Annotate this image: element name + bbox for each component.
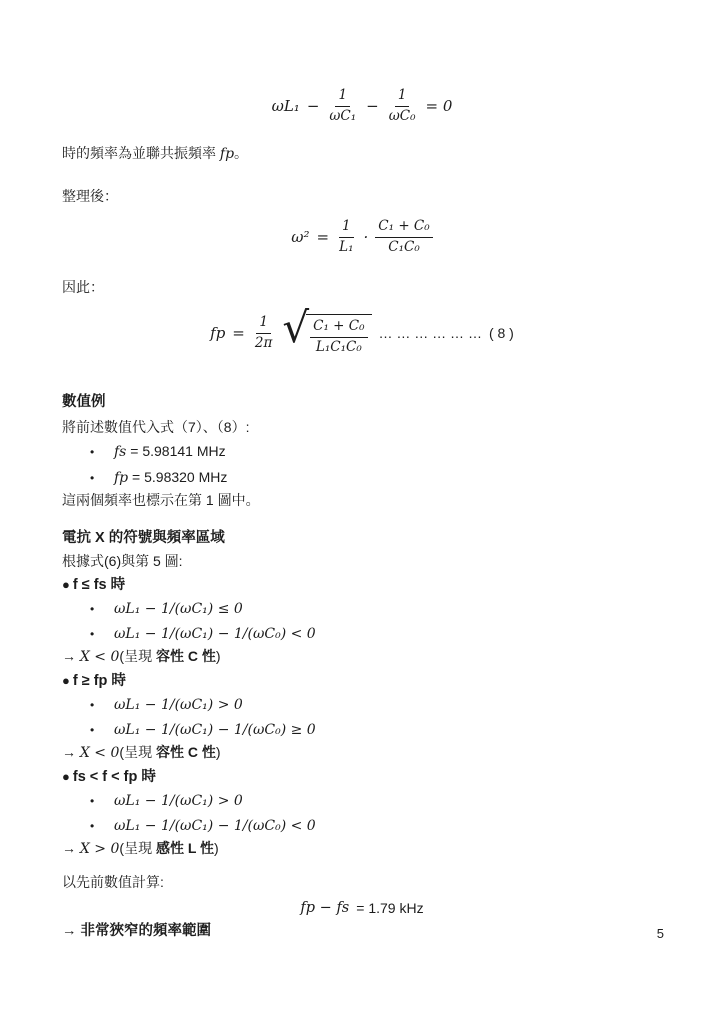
eq-rhs: = 0: [425, 97, 452, 115]
case1-item2: •ωL₁ − 1/(ωC₁) − 1/(ωC₀) < 0: [62, 623, 662, 646]
sentence-period: 。: [234, 145, 248, 161]
case3-item1: •ωL₁ − 1/(ωC₁) > 0: [62, 790, 662, 813]
bullet-icon: •: [90, 694, 114, 717]
equation-fp: fp = 12π √C₁ + C₀L₁C₁C₀ … … … … … … ( 8 …: [62, 302, 662, 364]
equation-number: ( 8 ): [489, 325, 514, 341]
fp-symbol: fp: [114, 467, 128, 490]
math-expression: ωL₁ − 1/(ωC₁) ≤ 0: [114, 598, 243, 621]
case2-conclusion: → X < 0(呈現 容性 C 性): [62, 742, 662, 764]
bullet-icon: •: [90, 598, 114, 621]
fraction-denominator: 2π: [252, 334, 275, 353]
fraction-numerator: 1: [256, 314, 271, 334]
eq-operator: −: [366, 97, 379, 115]
conclusion-close: ): [216, 648, 221, 664]
math-expression: ωL₁ − 1/(ωC₁) > 0: [114, 790, 243, 813]
list-item-fs: • fs = 5.98141 MHz: [62, 440, 662, 464]
case3-item2: •ωL₁ − 1/(ωC₁) − 1/(ωC₀) < 0: [62, 815, 662, 838]
bullet-icon: •: [90, 815, 114, 838]
fraction-numerator: C₁ + C₀: [375, 218, 432, 238]
conclusion-emphasis: 容性 C 性: [156, 648, 216, 664]
numeric-example-intro: 將前述數值代入式（7）、（8）:: [62, 417, 662, 438]
page-number: 5: [657, 926, 664, 941]
fraction: C₁ + C₀C₁C₀: [375, 218, 432, 256]
case1-item1: •ωL₁ − 1/(ωC₁) ≤ 0: [62, 598, 662, 621]
case2-item1: •ωL₁ − 1/(ωC₁) > 0: [62, 694, 662, 717]
eq-term: ωL₁: [272, 97, 300, 115]
reactance-section-heading: 電抗 X 的符號與頻率區域: [62, 527, 662, 549]
arrow-icon: →: [62, 840, 76, 856]
fraction: 1L₁: [336, 218, 356, 256]
fraction: 1ωC₁: [326, 87, 359, 125]
fraction-numerator: 1: [335, 87, 350, 107]
calc-with-previous-values: 以先前數值計算:: [62, 872, 662, 893]
document-page: ωL₁ − 1ωC₁ − 1ωC₀ = 0 時的頻率為並聯共振頻率 fp。 整理…: [0, 0, 724, 1024]
equation-omega-squared: ω² = 1L₁ · C₁ + C₀C₁C₀: [62, 213, 662, 261]
conclusion-math: X < 0: [80, 649, 120, 665]
equation-dots: … … … … … …: [379, 325, 482, 341]
conclusion-math: X > 0: [80, 841, 120, 857]
therefore-label: 因此：: [62, 277, 662, 298]
fraction-denominator: ωC₁: [326, 107, 359, 126]
conclusion-open: (呈現: [119, 648, 156, 664]
conclusion-math: X < 0: [80, 745, 120, 761]
arrow-icon: →: [62, 744, 76, 760]
eq-lhs: fp − fs: [300, 900, 349, 916]
eq-rhs: = 1.79 kHz: [356, 898, 423, 919]
conclusion-close: ): [214, 840, 219, 856]
bullet-icon: •: [90, 441, 114, 464]
case-title-text: fs < f < fp 時: [73, 769, 156, 785]
eq-term: ω²: [291, 228, 309, 246]
bullet-icon: •: [90, 719, 114, 742]
conclusion-emphasis: 容性 C 性: [156, 744, 216, 760]
conclusion-open: (呈現: [119, 744, 156, 760]
fraction: 12π: [252, 314, 275, 352]
fs-value: = 5.98141 MHz: [130, 440, 225, 463]
bullet-icon: •: [90, 467, 114, 490]
parallel-resonance-sentence: 時的頻率為並聯共振頻率 fp。: [62, 143, 662, 165]
case-title-text: f ≤ fs 時: [73, 577, 125, 593]
fraction: 1ωC₀: [386, 87, 419, 125]
reactance-intro: 根據式(6)與第 5 圖:: [62, 551, 662, 572]
fraction-numerator: C₁ + C₀: [310, 318, 367, 338]
eq-equals: =: [232, 324, 245, 342]
fraction-denominator: L₁C₁C₀: [313, 338, 365, 357]
math-expression: ωL₁ − 1/(ωC₁) − 1/(ωC₀) < 0: [114, 815, 316, 838]
case1-conclusion: → X < 0(呈現 容性 C 性): [62, 646, 662, 668]
radical-sign: √: [282, 308, 309, 348]
filled-circle-bullet-icon: ●: [62, 577, 70, 592]
square-root: √C₁ + C₀L₁C₁C₀: [282, 309, 371, 356]
narrow-band-conclusion: → 非常狹窄的頻率範圍: [62, 921, 662, 942]
fraction-denominator: L₁: [336, 238, 356, 257]
case-title-fs-f-fp: ●fs < f < fp 時: [62, 766, 662, 788]
eq-dot-operator: ·: [364, 228, 369, 246]
math-expression: ωL₁ − 1/(ωC₁) − 1/(ωC₀) < 0: [114, 623, 316, 646]
fraction-numerator: 1: [339, 218, 354, 238]
eq-operator: −: [307, 97, 320, 115]
conclusion-open: (呈現: [119, 840, 156, 856]
figure-reference-note: 這兩個頻率也標示在第 1 圖中。: [62, 490, 662, 511]
fp-symbol: fp: [220, 146, 234, 162]
eq-term: fp: [210, 324, 225, 342]
case-title-f-ge-fp: ●f ≥ fp 時: [62, 670, 662, 692]
fraction-denominator: C₁C₀: [385, 238, 422, 257]
bullet-icon: •: [90, 790, 114, 813]
case3-conclusion: → X > 0(呈現 感性 L 性): [62, 838, 662, 860]
case-title-text: f ≥ fp 時: [73, 673, 126, 689]
radicand-fraction: C₁ + C₀L₁C₁C₀: [306, 314, 371, 356]
rearranged-label: 整理後：: [62, 186, 662, 207]
numeric-example-heading: 數值例: [62, 391, 662, 413]
narrow-band-text: 非常狹窄的頻率範圍: [81, 923, 212, 939]
equation-fp-minus-fs: fp − fs = 1.79 kHz: [62, 897, 662, 919]
fraction-numerator: 1: [395, 87, 410, 107]
equation-parallel-condition: ωL₁ − 1ωC₁ − 1ωC₀ = 0: [62, 84, 662, 128]
case2-item2: •ωL₁ − 1/(ωC₁) − 1/(ωC₀) ≥ 0: [62, 719, 662, 742]
math-expression: ωL₁ − 1/(ωC₁) − 1/(ωC₀) ≥ 0: [114, 719, 316, 742]
list-item-fp: • fp = 5.98320 MHz: [62, 466, 662, 490]
bullet-icon: •: [90, 623, 114, 646]
fs-symbol: fs: [114, 441, 126, 464]
fp-value: = 5.98320 MHz: [132, 466, 227, 489]
filled-circle-bullet-icon: ●: [62, 673, 70, 688]
case-title-f-le-fs: ●f ≤ fs 時: [62, 574, 662, 596]
filled-circle-bullet-icon: ●: [62, 769, 70, 784]
arrow-icon: →: [62, 648, 76, 664]
conclusion-emphasis: 感性 L 性: [156, 840, 214, 856]
sentence-text: 時的頻率為並聯共振頻率: [62, 145, 216, 161]
eq-equals: =: [317, 228, 330, 246]
math-expression: ωL₁ − 1/(ωC₁) > 0: [114, 694, 243, 717]
arrow-icon: →: [62, 923, 77, 939]
fraction-denominator: ωC₀: [386, 107, 419, 126]
conclusion-close: ): [216, 744, 221, 760]
document-content: ωL₁ − 1ωC₁ − 1ωC₀ = 0 時的頻率為並聯共振頻率 fp。 整理…: [0, 84, 724, 942]
